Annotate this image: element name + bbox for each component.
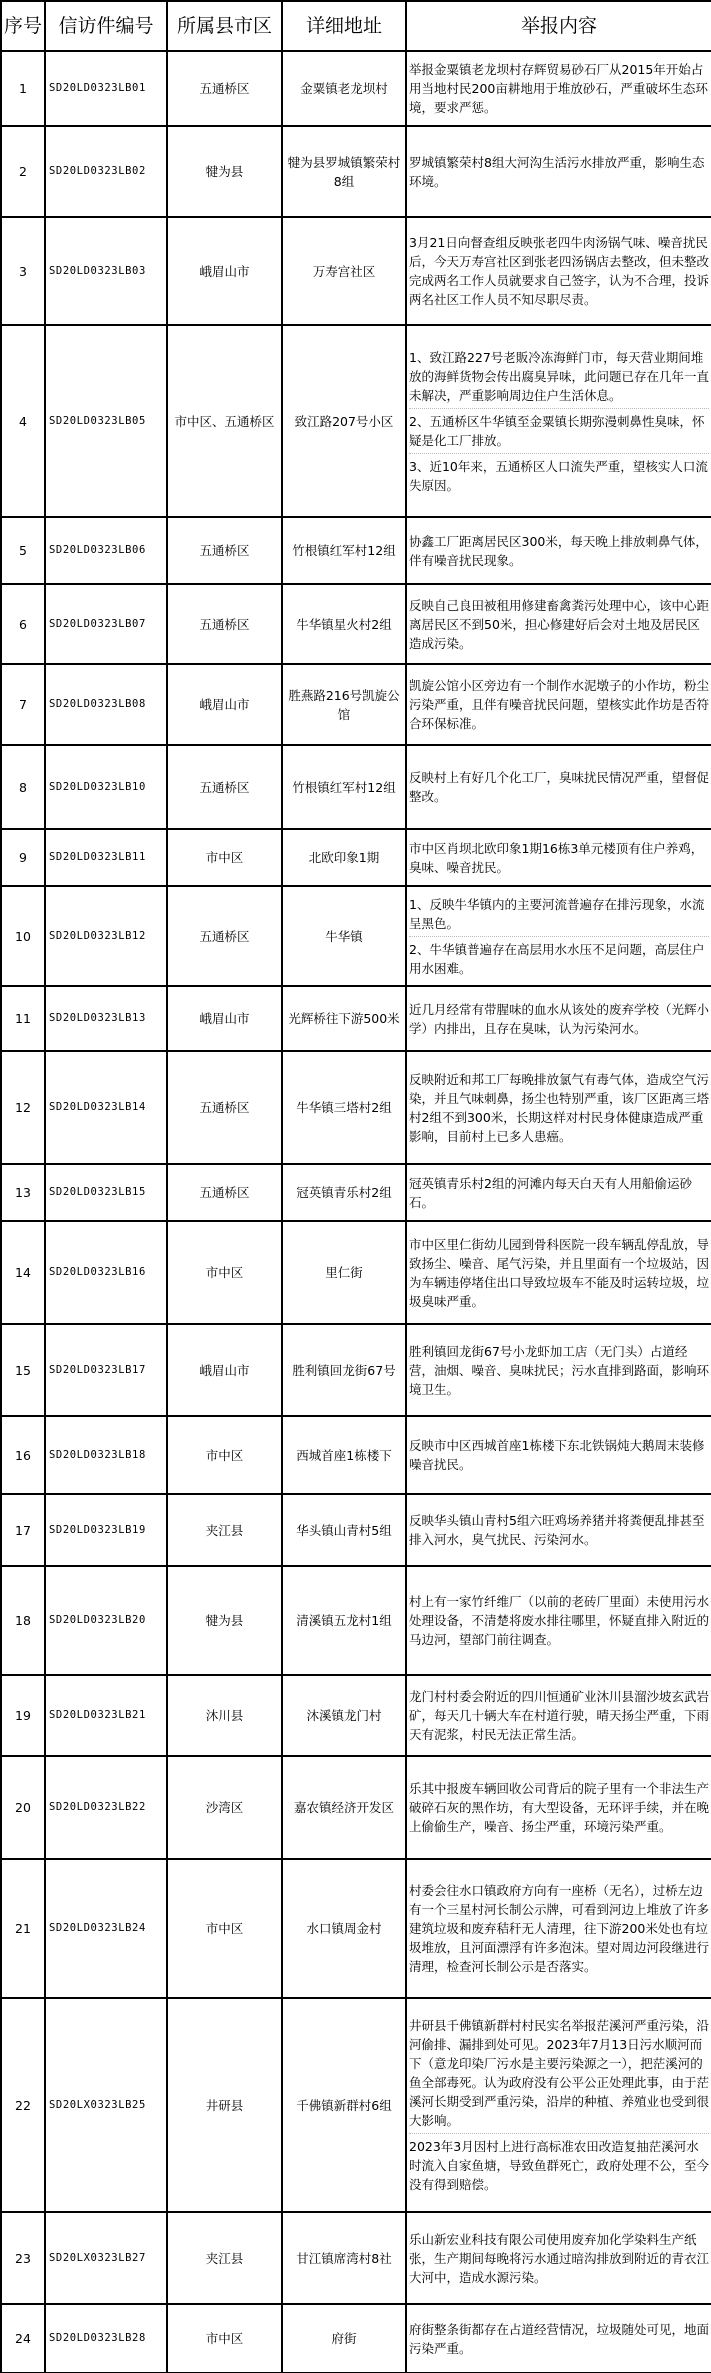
table-row: 24SD20LD0323LB28市中区府街府街整条街都存在占道经营情况，垃圾随处… — [1, 2304, 711, 2373]
row-number: 12 — [1, 1051, 45, 1164]
table-row: 10SD20LD0323LB12五通桥区牛华镇1、反映牛华镇内的主要河流普遍存在… — [1, 886, 711, 986]
case-id: SD20LD0323LB16 — [45, 1221, 167, 1324]
case-id: SD20LD0323LB08 — [45, 664, 167, 745]
row-number: 16 — [1, 1416, 45, 1494]
case-id: SD20LD0323LB03 — [45, 217, 167, 325]
address: 西城首座1栋楼下 — [283, 1446, 405, 1465]
district: 市中区 — [167, 1416, 282, 1494]
complaint-content: 龙门村村委会附近的四川恒通矿业沐川县溜沙坡玄武岩矿，每天几十辆大车在村道行驶，晴… — [406, 1675, 711, 1756]
table-row: 5SD20LD0323LB06五通桥区竹根镇红军村12组协鑫工厂距离居民区300… — [1, 517, 711, 584]
address: 沐溪镇龙门村 — [283, 1706, 405, 1725]
table-row: 15SD20LD0323LB17峨眉山市胜利镇回龙街67号胜利镇回龙街67号小龙… — [1, 1324, 711, 1416]
address: 金粟镇老龙坝村 — [283, 79, 405, 98]
address-cell: 沐溪镇龙门村 — [282, 1675, 406, 1756]
address: 甘江镇席湾村8社 — [283, 2249, 405, 2268]
header-address: 详细地址 — [282, 1, 406, 51]
complaint-content: 反映市中区西城首座1栋楼下东北铁锅炖大鹅周末装修噪音扰民。 — [406, 1416, 711, 1494]
district: 五通桥区 — [167, 51, 282, 126]
address: 里仁街 — [283, 1263, 405, 1282]
table-row: 9SD20LD0323LB11市中区北欧印象1期市中区肖坝北欧印象1期16栋3单… — [1, 829, 711, 886]
table-row: 13SD20LD0323LB15五通桥区冠英镇青乐村2组冠英镇青乐村2组的河滩内… — [1, 1164, 711, 1221]
complaint-content: 1、致江路227号老販冷冻海鲜门市，每天营业期间堆放的海鲜货物会传出腐臭异味，此… — [406, 325, 711, 517]
complaint-table: 序号 信访件编号 所属县市区 详细地址 举报内容 1SD20LD0323LB01… — [0, 0, 711, 2373]
district: 沐川县 — [167, 1675, 282, 1756]
case-id: SD20LD0323LB28 — [45, 2304, 167, 2373]
table-row: 14SD20LD0323LB16市中区里仁街市中区里仁街幼儿园到骨科医院一段车辆… — [1, 1221, 711, 1324]
table-row: 2SD20LD0323LB02犍为县犍为县罗城镇繁荣村8组罗城镇繁荣村8组大河沟… — [1, 126, 711, 217]
address: 牛华镇 — [283, 927, 405, 946]
district: 峨眉山市 — [167, 217, 282, 325]
row-number: 8 — [1, 745, 45, 829]
complaint-content: 3月21日向督查组反映张老四牛肉汤锅气味、噪音扰民后，今天万寿宫社区到张老四汤锅… — [406, 217, 711, 325]
complaint-paragraph: 3、近10年来，五通桥区人口流失严重，望核实人口流失原因。 — [409, 453, 709, 498]
table-row: 12SD20LD0323LB14五通桥区牛华镇三塔村2组反映附近和邦工厂每晚排放… — [1, 1051, 711, 1164]
district: 市中区 — [167, 2304, 282, 2373]
complaint-paragraph: 龙门村村委会附近的四川恒通矿业沐川县溜沙坡玄武岩矿，每天几十辆大车在村道行驶，晴… — [409, 1684, 709, 1747]
address: 万寿宫社区 — [283, 262, 405, 281]
address-cell: 府街 — [282, 2304, 406, 2373]
complaint-content: 近几月经常有带腥味的血水从该处的废弃学校（光辉小学）内排出，且存在臭味，认为污染… — [406, 986, 711, 1051]
address: 华头镇山青村5组 — [283, 1521, 405, 1540]
complaint-paragraph: 协鑫工厂距离居民区300米，每天晚上排放刺鼻气体，伴有噪音扰民现象。 — [409, 529, 709, 573]
address-cell: 牛华镇三塔村2组 — [282, 1051, 406, 1164]
case-id: SD20LD0323LB14 — [45, 1051, 167, 1164]
complaint-content: 乐山新宏业科技有限公司使用废弃加化学染料生产纸张，生产期间每晚将污水通过暗沟排放… — [406, 2212, 711, 2304]
table-row: 1SD20LD0323LB01五通桥区金粟镇老龙坝村举报金粟镇老龙坝村存辉贸易砂… — [1, 51, 711, 126]
address-cell: 冠英镇青乐村2组 — [282, 1164, 406, 1221]
table-row: 23SD20LX0323LB27夹江县甘江镇席湾村8社乐山新宏业科技有限公司使用… — [1, 2212, 711, 2304]
table-row: 21SD20LD0323LB24市中区水口镇周金村村委会往水口镇政府方向有一座桥… — [1, 1859, 711, 1998]
row-number: 4 — [1, 325, 45, 517]
address-cell: 致江路207号小区 — [282, 325, 406, 517]
district: 市中区 — [167, 829, 282, 886]
address: 水口镇周金村 — [283, 1919, 405, 1938]
complaint-content: 乐其中报废车辆回收公司背后的院子里有一个非法生产破碎石灰的黑作坊，有大型设备，无… — [406, 1756, 711, 1859]
address: 竹根镇红军村12组 — [283, 778, 405, 797]
row-number: 18 — [1, 1566, 45, 1675]
district: 峨眉山市 — [167, 664, 282, 745]
district: 夹江县 — [167, 1494, 282, 1566]
complaint-paragraph: 2023年3月因村上进行高标准农田改造复抽茫溪河水时流入自家鱼塘，导致鱼群死亡，… — [409, 2133, 709, 2197]
address: 牛华镇三塔村2组 — [283, 1098, 405, 1117]
address: 牛华镇星火村2组 — [283, 615, 405, 634]
header-row: 序号 信访件编号 所属县市区 详细地址 举报内容 — [1, 1, 711, 51]
address-cell: 竹根镇红军村12组 — [282, 517, 406, 584]
complaint-content: 反映华头镇山青村5组六旺鸡场养猪并将粪便乱排甚至排入河水，臭气扰民、污染河水。 — [406, 1494, 711, 1566]
address-cell: 胜利镇回龙街67号 — [282, 1324, 406, 1416]
complaint-content: 井研县千佛镇新群村村民实名举报茫溪河严重污染，沿河偷排、漏排到处可见。2023年… — [406, 1998, 711, 2212]
complaint-content: 罗城镇繁荣村8组大河沟生活污水排放严重，影响生态环境。 — [406, 126, 711, 217]
row-number: 15 — [1, 1324, 45, 1416]
complaint-content: 举报金粟镇老龙坝村存辉贸易砂石厂从2015年开始占用当地村民200亩耕地用于堆放… — [406, 51, 711, 126]
row-number: 13 — [1, 1164, 45, 1221]
table-row: 16SD20LD0323LB18市中区西城首座1栋楼下反映市中区西城首座1栋楼下… — [1, 1416, 711, 1494]
row-number: 22 — [1, 1998, 45, 2212]
case-id: SD20LD0323LB21 — [45, 1675, 167, 1756]
complaint-paragraph: 罗城镇繁荣村8组大河沟生活污水排放严重，影响生态环境。 — [409, 150, 709, 194]
complaint-content: 反映自己良田被租用修建畜禽粪污处理中心，该中心距离居民区不到50米，担心修建好后… — [406, 584, 711, 664]
row-number: 3 — [1, 217, 45, 325]
district: 沙湾区 — [167, 1756, 282, 1859]
header-content: 举报内容 — [406, 1, 711, 51]
table-row: 7SD20LD0323LB08峨眉山市胜燕路216号凯旋公馆凯旋公馆小区旁边有一… — [1, 664, 711, 745]
district: 犍为县 — [167, 1566, 282, 1675]
complaint-paragraph: 举报金粟镇老龙坝村存辉贸易砂石厂从2015年开始占用当地村民200亩耕地用于堆放… — [409, 57, 709, 120]
complaint-paragraph: 1、致江路227号老販冷冻海鲜门市，每天营业期间堆放的海鲜货物会传出腐臭异味，此… — [409, 345, 709, 408]
address: 清溪镇五龙村1组 — [283, 1611, 405, 1630]
table-row: 4SD20LD0323LB05市中区、五通桥区致江路207号小区1、致江路227… — [1, 325, 711, 517]
row-number: 5 — [1, 517, 45, 584]
header-no: 序号 — [1, 1, 45, 51]
case-id: SD20LD0323LB17 — [45, 1324, 167, 1416]
district: 五通桥区 — [167, 745, 282, 829]
case-id: SD20LD0323LB22 — [45, 1756, 167, 1859]
table-row: 8SD20LD0323LB10五通桥区竹根镇红军村12组反映村上有好几个化工厂，… — [1, 745, 711, 829]
complaint-paragraph: 冠英镇青乐村2组的河滩内每天白天有人用船偷运砂石。 — [409, 1171, 709, 1215]
case-id: SD20LD0323LB20 — [45, 1566, 167, 1675]
complaint-paragraph: 反映附近和邦工厂每晚排放氯气有毒气体，造成空气污染，并且气味刺鼻，扬尘也特别严重… — [409, 1067, 709, 1149]
case-id: SD20LD0323LB12 — [45, 886, 167, 986]
complaint-content: 协鑫工厂距离居民区300米，每天晚上排放刺鼻气体，伴有噪音扰民现象。 — [406, 517, 711, 584]
table-body: 1SD20LD0323LB01五通桥区金粟镇老龙坝村举报金粟镇老龙坝村存辉贸易砂… — [1, 51, 711, 2373]
row-number: 9 — [1, 829, 45, 886]
row-number: 6 — [1, 584, 45, 664]
address: 犍为县罗城镇繁荣村8组 — [283, 153, 405, 191]
complaint-paragraph: 1、反映牛华镇内的主要河流普遍存在排污现象，水流呈黑色。 — [409, 892, 709, 936]
complaint-paragraph: 2、五通桥区牛华镇至金粟镇长期弥漫刺鼻性臭味，怀疑是化工厂排放。 — [409, 408, 709, 453]
complaint-paragraph: 村上有一家竹纤维厂（以前的老砖厂里面）未使用污水处理设备，不清楚将废水排往哪里，… — [409, 1589, 709, 1652]
district: 井研县 — [167, 1998, 282, 2212]
complaint-paragraph: 反映村上有好几个化工厂，臭味扰民情况严重，望督促整改。 — [409, 765, 709, 809]
case-id: SD20LD0323LB15 — [45, 1164, 167, 1221]
address-cell: 甘江镇席湾村8社 — [282, 2212, 406, 2304]
district: 市中区 — [167, 1221, 282, 1324]
complaint-paragraph: 近几月经常有带腥味的血水从该处的废弃学校（光辉小学）内排出，且存在臭味，认为污染… — [409, 997, 709, 1041]
complaint-paragraph: 反映市中区西城首座1栋楼下东北铁锅炖大鹅周末装修噪音扰民。 — [409, 1433, 709, 1477]
table-row: 6SD20LD0323LB07五通桥区牛华镇星火村2组反映自己良田被租用修建畜禽… — [1, 584, 711, 664]
district: 峨眉山市 — [167, 986, 282, 1051]
row-number: 10 — [1, 886, 45, 986]
complaint-paragraph: 市中区里仁街幼儿园到骨科医院一段车辆乱停乱放，导致扬尘、噪音、尾气污染，并且里面… — [409, 1232, 709, 1314]
complaint-paragraph: 2、牛华镇普遍存在高层用水水压不足问题，高层住户用水困难。 — [409, 936, 709, 981]
header-case-id: 信访件编号 — [45, 1, 167, 51]
row-number: 11 — [1, 986, 45, 1051]
row-number: 1 — [1, 51, 45, 126]
complaint-paragraph: 凯旋公馆小区旁边有一个制作水泥墩子的小作坊，粉尘污染严重，且伴有噪音扰民问题，望… — [409, 673, 709, 736]
district: 犍为县 — [167, 126, 282, 217]
address-cell: 水口镇周金村 — [282, 1859, 406, 1998]
district: 五通桥区 — [167, 517, 282, 584]
address-cell: 西城首座1栋楼下 — [282, 1416, 406, 1494]
address-cell: 胜燕路216号凯旋公馆 — [282, 664, 406, 745]
complaint-paragraph: 村委会往水口镇政府方向有一座桥（无名），过桥左边有一个三星村河长制公示牌，可看到… — [409, 1878, 709, 1979]
complaint-paragraph: 乐其中报废车辆回收公司背后的院子里有一个非法生产破碎石灰的黑作坊，有大型设备，无… — [409, 1776, 709, 1839]
address: 致江路207号小区 — [283, 412, 405, 431]
complaint-content: 市中区肖坝北欧印象1期16栋3单元楼顶有住户养鸡，臭味、噪音扰民。 — [406, 829, 711, 886]
header-district: 所属县市区 — [167, 1, 282, 51]
case-id: SD20LD0323LB13 — [45, 986, 167, 1051]
complaint-content: 反映附近和邦工厂每晚排放氯气有毒气体，造成空气污染，并且气味刺鼻，扬尘也特别严重… — [406, 1051, 711, 1164]
complaint-content: 市中区里仁街幼儿园到骨科医院一段车辆乱停乱放，导致扬尘、噪音、尾气污染，并且里面… — [406, 1221, 711, 1324]
table-row: 3SD20LD0323LB03峨眉山市万寿宫社区3月21日向督查组反映张老四牛肉… — [1, 217, 711, 325]
complaint-content: 府街整条街都存在占道经营情况，垃圾随处可见，地面污染严重。 — [406, 2304, 711, 2373]
complaint-paragraph: 胜利镇回龙街67号小龙虾加工店（无门头）占道经营，油烟、噪音、臭味扰民；污水直排… — [409, 1339, 709, 1402]
case-id: SD20LX0323LB27 — [45, 2212, 167, 2304]
complaint-paragraph: 府街整条街都存在占道经营情况，垃圾随处可见，地面污染严重。 — [409, 2317, 709, 2361]
case-id: SD20LD0323LB05 — [45, 325, 167, 517]
district: 市中区、五通桥区 — [167, 325, 282, 517]
address: 竹根镇红军村12组 — [283, 541, 405, 560]
complaint-content: 村上有一家竹纤维厂（以前的老砖厂里面）未使用污水处理设备，不清楚将废水排往哪里，… — [406, 1566, 711, 1675]
table-row: 18SD20LD0323LB20犍为县清溪镇五龙村1组村上有一家竹纤维厂（以前的… — [1, 1566, 711, 1675]
case-id: SD20LD0323LB10 — [45, 745, 167, 829]
address-cell: 千佛镇新群村6组 — [282, 1998, 406, 2212]
address-cell: 竹根镇红军村12组 — [282, 745, 406, 829]
case-id: SD20LD0323LB19 — [45, 1494, 167, 1566]
complaint-paragraph: 3月21日向督查组反映张老四牛肉汤锅气味、噪音扰民后，今天万寿宫社区到张老四汤锅… — [409, 230, 709, 312]
complaint-paragraph: 反映自己良田被租用修建畜禽粪污处理中心，该中心距离居民区不到50米，担心修建好后… — [409, 593, 709, 656]
address-cell: 光辉桥往下游500米 — [282, 986, 406, 1051]
address: 千佛镇新群村6组 — [283, 2096, 405, 2115]
row-number: 17 — [1, 1494, 45, 1566]
case-id: SD20LD0323LB11 — [45, 829, 167, 886]
case-id: SD20LD0323LB02 — [45, 126, 167, 217]
row-number: 2 — [1, 126, 45, 217]
row-number: 19 — [1, 1675, 45, 1756]
district: 五通桥区 — [167, 1164, 282, 1221]
row-number: 20 — [1, 1756, 45, 1859]
address-cell: 金粟镇老龙坝村 — [282, 51, 406, 126]
complaint-content: 1、反映牛华镇内的主要河流普遍存在排污现象，水流呈黑色。2、牛华镇普遍存在高层用… — [406, 886, 711, 986]
address: 胜燕路216号凯旋公馆 — [283, 686, 405, 724]
row-number: 7 — [1, 664, 45, 745]
case-id: SD20LD0323LB06 — [45, 517, 167, 584]
address: 冠英镇青乐村2组 — [283, 1183, 405, 1202]
address-cell: 华头镇山青村5组 — [282, 1494, 406, 1566]
district: 峨眉山市 — [167, 1324, 282, 1416]
complaint-paragraph: 井研县千佛镇新群村村民实名举报茫溪河严重污染，沿河偷排、漏排到处可见。2023年… — [409, 2013, 709, 2133]
complaint-paragraph: 乐山新宏业科技有限公司使用废弃加化学染料生产纸张，生产期间每晚将污水通过暗沟排放… — [409, 2227, 709, 2290]
complaint-content: 冠英镇青乐村2组的河滩内每天白天有人用船偷运砂石。 — [406, 1164, 711, 1221]
row-number: 23 — [1, 2212, 45, 2304]
address: 胜利镇回龙街67号 — [283, 1361, 405, 1380]
district: 五通桥区 — [167, 584, 282, 664]
table-row: 17SD20LD0323LB19夹江县华头镇山青村5组反映华头镇山青村5组六旺鸡… — [1, 1494, 711, 1566]
table-row: 20SD20LD0323LB22沙湾区嘉农镇经济开发区乐其中报废车辆回收公司背后… — [1, 1756, 711, 1859]
complaint-paragraph: 反映华头镇山青村5组六旺鸡场养猪并将粪便乱排甚至排入河水，臭气扰民、污染河水。 — [409, 1508, 709, 1552]
address-cell: 北欧印象1期 — [282, 829, 406, 886]
case-id: SD20LD0323LB07 — [45, 584, 167, 664]
address: 嘉农镇经济开发区 — [283, 1798, 405, 1817]
address-cell: 牛华镇星火村2组 — [282, 584, 406, 664]
district: 五通桥区 — [167, 1051, 282, 1164]
row-number: 24 — [1, 2304, 45, 2373]
address: 府街 — [283, 2329, 405, 2348]
case-id: SD20LD0323LB18 — [45, 1416, 167, 1494]
address-cell: 牛华镇 — [282, 886, 406, 986]
row-number: 21 — [1, 1859, 45, 1998]
complaint-content: 凯旋公馆小区旁边有一个制作水泥墩子的小作坊，粉尘污染严重，且伴有噪音扰民问题，望… — [406, 664, 711, 745]
case-id: SD20LD0323LB01 — [45, 51, 167, 126]
complaint-paragraph: 市中区肖坝北欧印象1期16栋3单元楼顶有住户养鸡，臭味、噪音扰民。 — [409, 836, 709, 880]
address-cell: 嘉农镇经济开发区 — [282, 1756, 406, 1859]
complaint-content: 村委会往水口镇政府方向有一座桥（无名），过桥左边有一个三星村河长制公示牌，可看到… — [406, 1859, 711, 1998]
table-row: 22SD20LX0323LB25井研县千佛镇新群村6组井研县千佛镇新群村村民实名… — [1, 1998, 711, 2212]
district: 夹江县 — [167, 2212, 282, 2304]
address: 北欧印象1期 — [283, 848, 405, 867]
row-number: 14 — [1, 1221, 45, 1324]
table-row: 11SD20LD0323LB13峨眉山市光辉桥往下游500米近几月经常有带腥味的… — [1, 986, 711, 1051]
case-id: SD20LX0323LB25 — [45, 1998, 167, 2212]
address-cell: 犍为县罗城镇繁荣村8组 — [282, 126, 406, 217]
complaint-content: 反映村上有好几个化工厂，臭味扰民情况严重，望督促整改。 — [406, 745, 711, 829]
complaint-content: 胜利镇回龙街67号小龙虾加工店（无门头）占道经营，油烟、噪音、臭味扰民；污水直排… — [406, 1324, 711, 1416]
district: 五通桥区 — [167, 886, 282, 986]
address-cell: 万寿宫社区 — [282, 217, 406, 325]
case-id: SD20LD0323LB24 — [45, 1859, 167, 1998]
address: 光辉桥往下游500米 — [283, 1009, 405, 1028]
address-cell: 里仁街 — [282, 1221, 406, 1324]
district: 市中区 — [167, 1859, 282, 1998]
address-cell: 清溪镇五龙村1组 — [282, 1566, 406, 1675]
table-row: 19SD20LD0323LB21沐川县沐溪镇龙门村龙门村村委会附近的四川恒通矿业… — [1, 1675, 711, 1756]
